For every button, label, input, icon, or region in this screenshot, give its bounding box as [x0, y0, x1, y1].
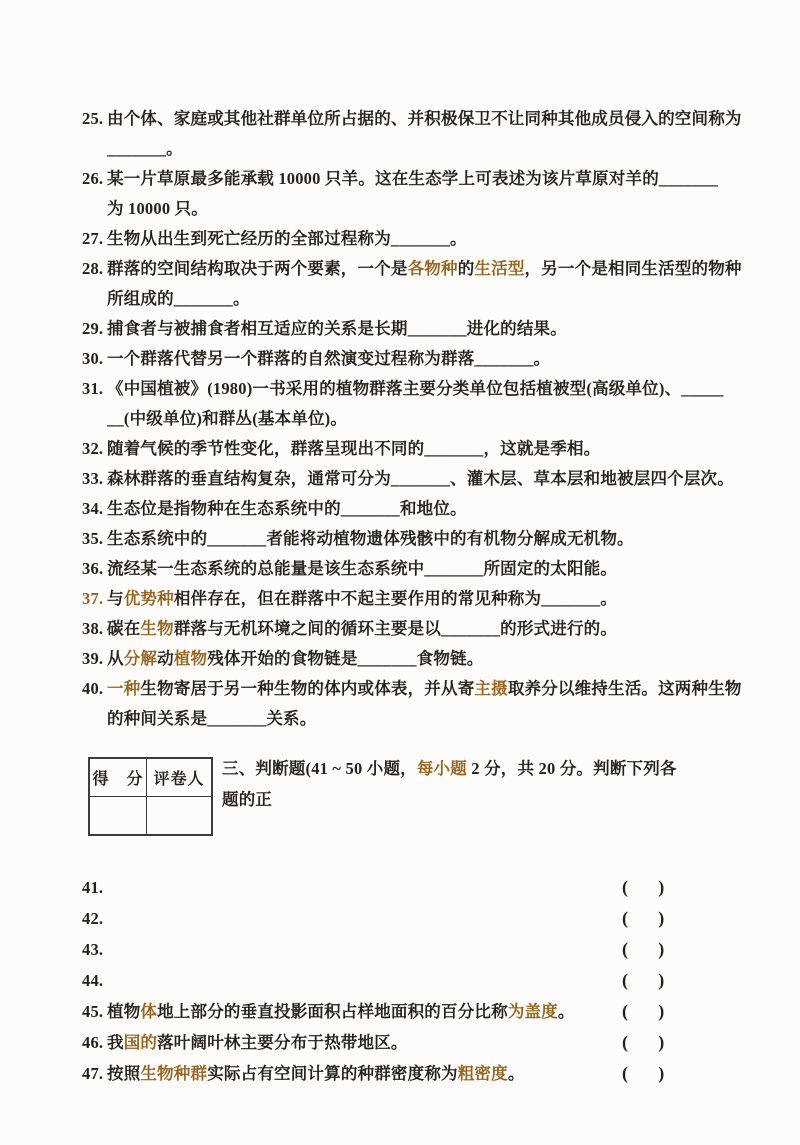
- text-run: 生物种群: [140, 1064, 207, 1083]
- answer-parens: (): [622, 996, 664, 1027]
- grader-label: 评卷人: [147, 759, 211, 797]
- question-item: 28.群落的空间结构取决于两个要素，一个是各物种的生活型，另一个是相同生活型的物…: [82, 254, 772, 314]
- question-text: 群落的空间结构取决于两个要素，一个是各物种的生活型，另一个是相同生活型的物种: [107, 259, 742, 278]
- text-run: 群落与无机环境之间的循环主要是以_______的形式进行的。: [174, 619, 617, 638]
- text-run: 植物: [174, 649, 207, 668]
- text-run: 生活型: [474, 259, 524, 278]
- question-text: 生态系统中的_______者能将动植物遗体残骸中的有机物分解成无机物。: [107, 529, 634, 548]
- text-run: 捕食者与被捕食者相互适应的关系是长期_______进化的结果。: [107, 319, 567, 338]
- question-text: 植物体地上部分的垂直投影面积占样地面积的百分比称为盖度。: [107, 1002, 575, 1021]
- question-number: 35.: [82, 524, 107, 554]
- score-label: 得 分: [90, 759, 147, 797]
- question-number: 31.: [82, 374, 107, 404]
- question-number: 39.: [82, 644, 107, 674]
- question-number: 36.: [82, 554, 107, 584]
- text-run: 按照: [107, 1064, 140, 1083]
- text-run: 随着气候的季节性变化，群落呈现出不同的_______，这就是季相。: [107, 439, 600, 458]
- paren-close: ): [658, 877, 664, 897]
- question-number: 41.: [82, 872, 107, 903]
- text-run: 由个体、家庭或其他社群单位所占据的、并积极保卫不让同种其他成员侵入的空间称为: [107, 109, 742, 128]
- text-run: 主摄: [474, 679, 507, 698]
- question-item: 40.一种生物寄居于另一种生物的体内或体表，并从寄主摄取养分以维持生活。这两种生…: [82, 674, 772, 734]
- grader-value-cell: [147, 797, 211, 834]
- question-text: 由个体、家庭或其他社群单位所占据的、并积极保卫不让同种其他成员侵入的空间称为: [107, 109, 742, 128]
- question-text: _______。: [107, 139, 183, 158]
- question-text: 一个群落代替另一个群落的自然演变过程称为群落_______。: [107, 349, 550, 368]
- question-item: 27.生物从出生到死亡经历的全部过程称为_______。: [82, 224, 772, 254]
- text-run: 生态位是指物种在生态系统中的_______和地位。: [107, 499, 467, 518]
- text-run: 生物从出生到死亡经历的全部过程称为_______。: [107, 229, 467, 248]
- question-text: 我国的落叶阔叶林主要分布于热带地区。: [107, 1033, 408, 1052]
- question-item: 37.与优势种相伴存在，但在群落中不起主要作用的常见种称为_______。: [82, 584, 772, 614]
- text-run: 国的: [124, 1033, 157, 1052]
- question-number: 26.: [82, 164, 107, 194]
- text-run: 一种: [107, 679, 140, 698]
- judgment-section: 41.()42.()43.()44.()45.植物体地上部分的垂直投影面积占样地…: [82, 872, 732, 1089]
- question-number: 32.: [82, 434, 107, 464]
- text-run: 所组成的_______。: [107, 289, 250, 308]
- question-text: 碳在生物群落与无机环境之间的循环主要是以_______的形式进行的。: [107, 619, 617, 638]
- question-number: 28.: [82, 254, 107, 284]
- paren-open: (: [622, 1063, 628, 1083]
- text-run: 生物: [140, 619, 173, 638]
- question-number: 40.: [82, 674, 107, 704]
- text-run: __(中级单位)和群丛(基本单位)。: [107, 409, 347, 428]
- score-value-cell: [90, 797, 147, 834]
- question-item: 32.随着气候的季节性变化，群落呈现出不同的_______，这就是季相。: [82, 434, 772, 464]
- question-text: 按照生物种群实际占有空间计算的种群密度称为粗密度。: [107, 1064, 525, 1083]
- text-run: 。: [558, 1002, 575, 1021]
- text-run: 为盖度: [508, 1002, 558, 1021]
- question-item: 36.流经某一生态系统的总能量是该生态系统中_______所固定的太阳能。: [82, 554, 772, 584]
- judgment-question-item: 44.(): [82, 965, 732, 996]
- question-text: 从分解动植物残体开始的食物链是_______食物链。: [107, 649, 483, 668]
- question-text: 生态位是指物种在生态系统中的_______和地位。: [107, 499, 467, 518]
- question-item: 33.森林群落的垂直结构复杂，通常可分为_______、灌木层、草本层和地被层四…: [82, 464, 772, 494]
- question-number: 25.: [82, 104, 107, 134]
- text-run: 残体开始的食物链是_______食物链。: [207, 649, 483, 668]
- text-run: 生态系统中的_______者能将动植物遗体残骸中的有机物分解成无机物。: [107, 529, 634, 548]
- judgment-question-item: 41.(): [82, 872, 732, 903]
- paren-close: ): [658, 939, 664, 959]
- question-number: 45.: [82, 996, 107, 1027]
- question-number: 42.: [82, 903, 107, 934]
- paren-close: ): [658, 1001, 664, 1021]
- text-run: 动: [157, 649, 174, 668]
- paren-open: (: [622, 1001, 628, 1021]
- text-run: _______。: [107, 139, 183, 158]
- question-item: 34.生态位是指物种在生态系统中的_______和地位。: [82, 494, 772, 524]
- text-run: 《中国植被》(1980)一书采用的植物群落主要分类单位包括植被型(高级单位)、_…: [107, 379, 724, 398]
- question-item: 26.某一片草原最多能承载 10000 只羊。这在生态学上可表述为该片草原对羊的…: [82, 164, 772, 224]
- text-run: 的种间关系是_______关系。: [107, 709, 316, 728]
- question-number: 30.: [82, 344, 107, 374]
- question-number: 33.: [82, 464, 107, 494]
- question-item: 30.一个群落代替另一个群落的自然演变过程称为群落_______。: [82, 344, 772, 374]
- text-run: 流经某一生态系统的总能量是该生态系统中_______所固定的太阳能。: [107, 559, 617, 578]
- text-run: 取养分以维持生活。这两种生物: [508, 679, 742, 698]
- text-run: 粗密度: [458, 1064, 508, 1083]
- judgment-question-item: 42.(): [82, 903, 732, 934]
- question-item: 38.碳在生物群落与无机环境之间的循环主要是以_______的形式进行的。: [82, 614, 772, 644]
- judgment-question-item: 47.按照生物种群实际占有空间计算的种群密度称为粗密度。(): [82, 1058, 732, 1089]
- text-run: 地上部分的垂直投影面积占样地面积的百分比称: [157, 1002, 508, 1021]
- question-text: 随着气候的季节性变化，群落呈现出不同的_______，这就是季相。: [107, 439, 600, 458]
- text-run: 实际占有空间计算的种群密度称为: [207, 1064, 458, 1083]
- judgment-question-item: 46.我国的落叶阔叶林主要分布于热带地区。(): [82, 1027, 732, 1058]
- text-run: 每小题: [417, 759, 467, 778]
- answer-parens: (): [622, 872, 664, 903]
- text-run: 落叶阔叶林主要分布于热带地区。: [157, 1033, 408, 1052]
- answer-parens: (): [622, 965, 664, 996]
- paren-close: ): [658, 1063, 664, 1083]
- text-run: 相伴存在，但在群落中不起主要作用的常见种称为_______。: [174, 589, 617, 608]
- question-text: 捕食者与被捕食者相互适应的关系是长期_______进化的结果。: [107, 319, 567, 338]
- question-item: 39.从分解动植物残体开始的食物链是_______食物链。: [82, 644, 772, 674]
- question-text: 《中国植被》(1980)一书采用的植物群落主要分类单位包括植被型(高级单位)、_…: [107, 379, 724, 398]
- paren-close: ): [658, 1032, 664, 1052]
- section-title-line: 三、判断题(41 ~ 50 小题，每小题 2 分，共 20 分。判断下列各题的正: [222, 753, 692, 815]
- question-number: 43.: [82, 934, 107, 965]
- text-run: 森林群落的垂直结构复杂，通常可分为_______、灌木层、草本层和地被层四个层次…: [107, 469, 734, 488]
- exam-page: 25.由个体、家庭或其他社群单位所占据的、并积极保卫不让同种其他成员侵入的空间称…: [0, 0, 800, 1145]
- paren-open: (: [622, 908, 628, 928]
- text-run: 生物寄居于另一种生物的体内或体表，并从寄: [140, 679, 474, 698]
- question-text: 所组成的_______。: [107, 289, 250, 308]
- question-item: 29.捕食者与被捕食者相互适应的关系是长期_______进化的结果。: [82, 314, 772, 344]
- question-number: 47.: [82, 1058, 107, 1089]
- question-item: 25.由个体、家庭或其他社群单位所占据的、并积极保卫不让同种其他成员侵入的空间称…: [82, 104, 772, 164]
- text-run: 我: [107, 1033, 124, 1052]
- answer-parens: (): [622, 903, 664, 934]
- text-run: 植物: [107, 1002, 140, 1021]
- score-box: 得 分 评卷人: [88, 757, 213, 836]
- question-item: 31.《中国植被》(1980)一书采用的植物群落主要分类单位包括植被型(高级单位…: [82, 374, 772, 434]
- question-number: 27.: [82, 224, 107, 254]
- paren-close: ): [658, 970, 664, 990]
- text-run: 三、判断题(41 ~ 50 小题，: [222, 759, 417, 778]
- answer-parens: (): [622, 1058, 664, 1089]
- section-title: 三、判断题(41 ~ 50 小题，每小题 2 分，共 20 分。判断下列各题的正: [222, 753, 692, 815]
- text-run: 体: [140, 1002, 157, 1021]
- question-text: __(中级单位)和群丛(基本单位)。: [107, 409, 347, 428]
- text-run: 从: [107, 649, 124, 668]
- text-run: 某一片草原最多能承载 10000 只羊。这在生态学上可表述为该片草原对羊的___…: [107, 169, 718, 188]
- text-run: 优势种: [124, 589, 174, 608]
- paren-open: (: [622, 970, 628, 990]
- question-number: 44.: [82, 965, 107, 996]
- question-text: 森林群落的垂直结构复杂，通常可分为_______、灌木层、草本层和地被层四个层次…: [107, 469, 734, 488]
- judgment-question-item: 43.(): [82, 934, 732, 965]
- text-run: 。: [508, 1064, 525, 1083]
- text-run: 为 10000 只。: [107, 199, 208, 218]
- question-number: 38.: [82, 614, 107, 644]
- paren-open: (: [622, 939, 628, 959]
- text-run: 碳在: [107, 619, 140, 638]
- question-text: 生物从出生到死亡经历的全部过程称为_______。: [107, 229, 467, 248]
- paren-close: ): [658, 908, 664, 928]
- paren-open: (: [622, 877, 628, 897]
- fill-blank-section: 25.由个体、家庭或其他社群单位所占据的、并积极保卫不让同种其他成员侵入的空间称…: [82, 104, 772, 734]
- text-run: 与: [107, 589, 124, 608]
- question-number: 46.: [82, 1027, 107, 1058]
- text-run: ，另一个是相同生活型的物种: [525, 259, 742, 278]
- question-item: 35.生态系统中的_______者能将动植物遗体残骸中的有机物分解成无机物。: [82, 524, 772, 554]
- text-run: 分解: [124, 649, 157, 668]
- question-text: 的种间关系是_______关系。: [107, 709, 316, 728]
- paren-open: (: [622, 1032, 628, 1052]
- question-text: 与优势种相伴存在，但在群落中不起主要作用的常见种称为_______。: [107, 589, 617, 608]
- answer-parens: (): [622, 934, 664, 965]
- judgment-question-item: 45.植物体地上部分的垂直投影面积占样地面积的百分比称为盖度。(): [82, 996, 732, 1027]
- question-number: 34.: [82, 494, 107, 524]
- question-text: 为 10000 只。: [107, 199, 208, 218]
- question-text: 流经某一生态系统的总能量是该生态系统中_______所固定的太阳能。: [107, 559, 617, 578]
- text-run: 各物种: [408, 259, 458, 278]
- text-run: 一个群落代替另一个群落的自然演变过程称为群落_______。: [107, 349, 550, 368]
- question-number: 29.: [82, 314, 107, 344]
- question-text: 一种生物寄居于另一种生物的体内或体表，并从寄主摄取养分以维持生活。这两种生物: [107, 679, 742, 698]
- question-text: 某一片草原最多能承载 10000 只羊。这在生态学上可表述为该片草原对羊的___…: [107, 169, 718, 188]
- answer-parens: (): [622, 1027, 664, 1058]
- question-number: 37.: [82, 584, 107, 614]
- text-run: 的: [458, 259, 475, 278]
- text-run: 群落的空间结构取决于两个要素，一个是: [107, 259, 408, 278]
